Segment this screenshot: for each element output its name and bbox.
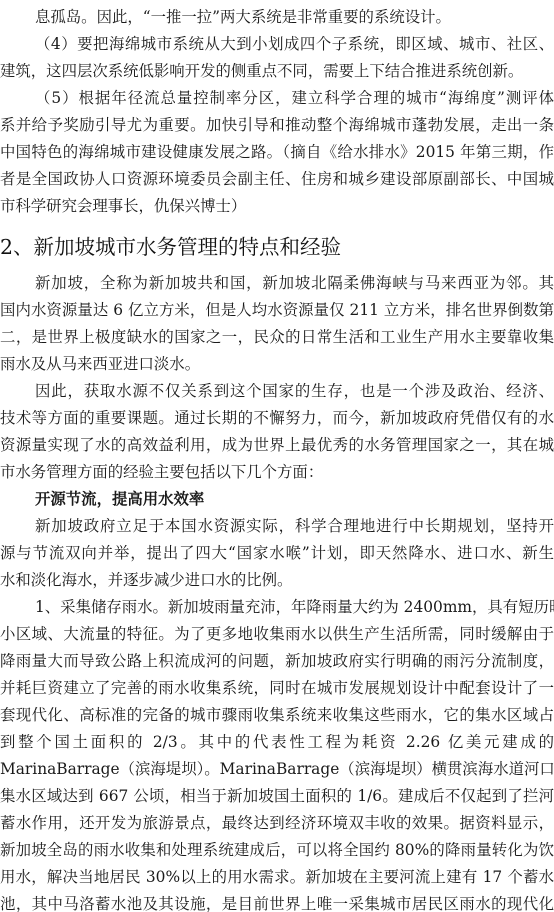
subheading: 开源节流，提高用水效率 xyxy=(0,488,554,510)
paragraph-line: 新加坡，全称为新加坡共和国，新加坡北隔柔佛海峡与马来西亚为邻。其 xyxy=(0,272,554,294)
paragraph-line: 到整个国土面积的 2/3。其中的代表性工程为耗资 2.26 亿美元建成的 xyxy=(0,731,554,753)
paragraph-line: 者是全国政协人口资源环境委员会副主任、住房和城乡建设部原副部长、中国城 xyxy=(0,168,554,190)
paragraph-line: 雨水及从马来西亚进口淡水。 xyxy=(0,353,554,375)
paragraph-line: 集水区域达到 667 公顷，相当于新加坡国土面积的 1/6。建成后不仅起到了拦河 xyxy=(0,785,554,807)
paragraph-line: 1、采集储存雨水。新加坡雨量充沛，年降雨量大约为 2400mm，具有短历时、 xyxy=(0,596,554,618)
paragraph-line: MarinaBarrage（滨海堤坝）。MarinaBarrage（滨海堤坝）横… xyxy=(0,758,554,780)
paragraph-line: （4）要把海绵城市系统从大到小划成四个子系统，即区域、城市、社区、 xyxy=(0,33,554,55)
paragraph-line: 资源量实现了水的高效益利用，成为世界上最优秀的水务管理国家之一，其在城 xyxy=(0,434,554,456)
paragraph-line: 市水务管理方面的经验主要包括以下几个方面： xyxy=(0,461,554,483)
paragraph-line: 中国特色的海绵城市建设健康发展之路。（摘自《给水排水》2015 年第三期，作 xyxy=(0,141,554,163)
paragraph-line: 并耗巨资建立了完善的雨水收集系统，同时在城市发展规划设计中配套设计了一 xyxy=(0,677,554,699)
paragraph-line: （5）根据年径流总量控制率分区，建立科学合理的城市“海绵度”测评体 xyxy=(0,87,554,109)
paragraph-line: 用水，解决当地居民 30%以上的用水需求。新加坡在主要河流上建有 17 个蓄水 xyxy=(0,866,554,888)
paragraph-line: 套现代化、高标准的完备的城市骤雨收集系统来收集这些雨水，它的集水区域占 xyxy=(0,704,554,726)
paragraph-line: 息孤岛。因此，“一推一拉”两大系统是非常重要的系统设计。 xyxy=(0,6,554,28)
paragraph-line: 降雨量大而导致公路上积流成河的问题，新加坡政府实行明确的雨污分流制度， xyxy=(0,650,554,672)
paragraph-line: 市科学研究会理事长，仇保兴博士） xyxy=(0,195,554,217)
paragraph-line: 因此，获取水源不仅关系到这个国家的生存，也是一个涉及政治、经济、 xyxy=(0,380,554,402)
paragraph-line: 技术等方面的重要课题。通过长期的不懈努力，而今，新加坡政府凭借仅有的水 xyxy=(0,407,554,429)
paragraph-line: 二，是世界上极度缺水的国家之一，民众的日常生活和工业生产用水主要靠收集 xyxy=(0,326,554,348)
paragraph-line: 国内水资源量达 6 亿立方米，但是人均水资源量仅 211 立方米，排名世界倒数第 xyxy=(0,299,554,321)
paragraph-line: 新加坡全岛的雨水收集和处理系统建成后，可以将全国约 80%的降雨量转化为饮 xyxy=(0,839,554,861)
paragraph-line: 建筑，这四层次系统低影响开发的侧重点不同，需要上下结合推进系统创新。 xyxy=(0,60,554,82)
paragraph-line: 小区域、大流量的特征。为了更多地收集雨水以供生产生活所需，同时缓解由于 xyxy=(0,623,554,645)
paragraph-line: 水和淡化海水，并逐步减少进口水的比例。 xyxy=(0,569,554,591)
document-page: 息孤岛。因此，“一推一拉”两大系统是非常重要的系统设计。 （4）要把海绵城市系统… xyxy=(0,0,554,912)
paragraph-line: 源与节流双向并举，提出了四大“国家水喉”计划，即天然降水、进口水、新生 xyxy=(0,542,554,564)
paragraph-line: 系并给予奖励引导尤为重要。加快引导和推动整个海绵城市蓬勃发展，走出一条 xyxy=(0,114,554,136)
paragraph-line: 池，其中马洛蓄水池及其设施，是目前世界上唯一采集城市居民区雨水的现代化 xyxy=(0,893,554,912)
section-heading: 2、新加坡城市水务管理的特点和经验 xyxy=(0,232,341,262)
paragraph-line: 新加坡政府立足于本国水资源实际，科学合理地进行中长期规划，坚持开 xyxy=(0,515,554,537)
paragraph-line: 蓄水作用，还开发为旅游景点，最终达到经济环境双丰收的效果。据资料显示， xyxy=(0,812,554,834)
